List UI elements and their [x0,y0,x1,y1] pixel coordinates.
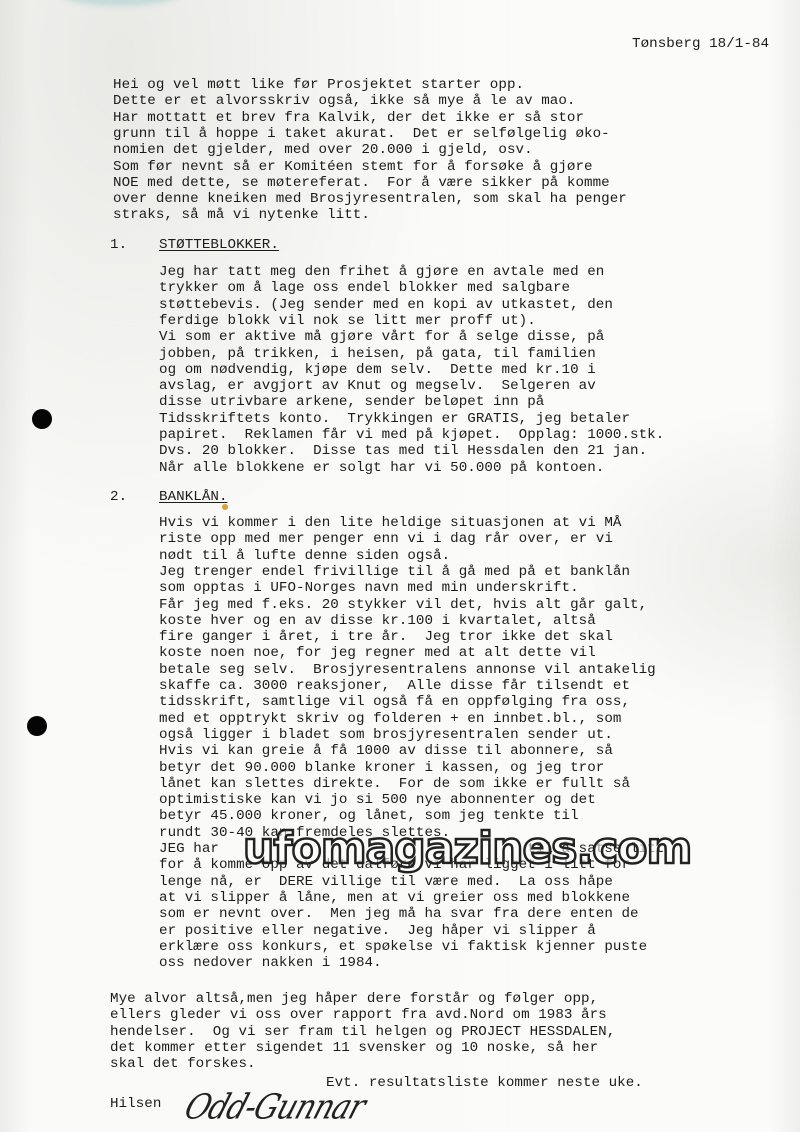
section-number: 2. [110,489,127,505]
section-line: Vi som er aktive må gjøre vårt for å sel… [159,329,604,345]
section-line: lenge nå, er DERE villige til være med. … [159,874,613,890]
section-line: også ligger i bladet som brosjyresentral… [159,727,613,743]
intro-line: nomien det gjelder, med over 20.000 i gj… [113,142,533,158]
closing-line: ellers gleder vi oss over rapport fra av… [110,1007,607,1023]
section-line: nødt til å lufte denne siden også. [159,548,450,564]
paper-smudge [60,0,180,6]
closing-line: hendelser. Og vi ser fram til helgen og … [110,1024,615,1040]
section-line: jobben, på trikken, i heisen, på gata, t… [159,346,596,362]
section-line: er positive eller negative. Jeg håper vi… [159,923,596,939]
section-heading: BANKLÅN. [159,489,228,505]
section-line: støttebevis. (Jeg sender med en kopi av … [159,297,613,313]
section-line: trykker om å lage oss endel blokker med … [159,280,570,296]
section-line: lånet kan slettes direkte. For de som ik… [159,776,630,792]
section-line: Tidsskriftets konto. Trykkingen er GRATI… [159,411,630,427]
section-line: erklære oss konkurs, et spøkelse vi fakt… [159,939,647,955]
closing-line: Mye alvor altså,men jeg håper dere forst… [110,991,598,1007]
section-line: avslag, er avgjort av Knut og megselv. S… [159,378,596,394]
intro-line: Dette er et alvorsskriv også, ikke så my… [113,93,575,109]
closing-line: det kommer etter sigendet 11 svensker og… [110,1040,598,1056]
section-line: at vi slipper å låne, men at vi greier o… [159,890,630,906]
section-line: tidsskrift, samtlige vil også få en oppf… [159,694,630,710]
intro-line: NOE med dette, se møtereferat. For å vær… [113,175,610,191]
section-line: Hvis vi kommer i den lite heldige situas… [159,515,621,531]
section-number: 1. [110,237,127,253]
postscript: Evt. resultatsliste kommer neste uke. [326,1075,643,1091]
section-line: Hvis vi kan greie å få 1000 av disse til… [159,743,613,759]
section-heading: STØTTEBLOKKER. [159,237,279,253]
greeting: Hilsen [110,1096,161,1112]
section-line: ferdige blokk vil nok se litt mer proff … [159,313,536,329]
intro-line: over denne kneiken med Brosjyresentralen… [113,191,627,207]
section-line: og om nødvendig, kjøpe dem selv. Dette m… [159,362,596,378]
watermark: ufomagazines.com [243,824,691,874]
section-line: Dvs. 20 blokker. Disse tas med til Hessd… [159,443,647,459]
section-line: riste opp med mer penger enn vi i dag rå… [159,531,613,547]
intro-line: Som før nevnt så er Komitéen stemt for å… [113,159,593,175]
section-line: som er nevnt over. Men jeg må ha svar fr… [159,906,639,922]
section-line: disse utrivbare arkene, sender beløpet i… [159,394,544,410]
section-line: koste noen noe, for jeg regner med at al… [159,645,596,661]
section-line: betale seg selv. Brosjyresentralens anno… [159,662,656,678]
section-line: fire ganger i året, i tre år. Jeg tror i… [159,629,613,645]
section-line: betyr det 90.000 blanke kroner i kassen,… [159,760,604,776]
closing-line: skal det forskes. [110,1056,256,1072]
punch-hole-icon [32,409,52,429]
section-line: optimistiske kan vi jo si 500 nye abonne… [159,792,596,808]
section-line: Når alle blokkene er solgt har vi 50.000… [159,460,604,476]
intro-line: straks, så må vi nytenke litt. [113,207,370,223]
intro-line: Hei og vel møtt like før Prosjektet star… [113,77,524,93]
section-line: skaffe ca. 3000 reaksjoner, Alle disse f… [159,678,630,694]
section-line: Får jeg med f.eks. 20 stykker vil det, h… [159,597,647,613]
date-line: Tønsberg 18/1-84 [632,36,769,52]
section-line: Jeg har tatt meg den frihet å gjøre en a… [159,264,604,280]
section-line: som opptas i UFO-Norges navn med min und… [159,580,579,596]
handwritten-signature: Odd-Gunnar [179,1087,369,1127]
intro-line: Har mottatt et brev fra Kalvik, der det … [113,110,584,126]
section-line: koste hver og en av disse kr.100 i kvart… [159,613,596,629]
section-line: Jeg trenger endel frivillige til å gå me… [159,564,630,580]
scanned-letter-page: Tønsberg 18/1-84 Hei og vel møtt like fø… [0,0,800,1132]
section-line: med et opptrykt skriv og folderen + en i… [159,711,621,727]
punch-hole-icon [27,716,47,736]
section-line: oss nedover nakken i 1984. [159,955,382,971]
intro-line: grunn til å hoppe i taket akurat. Det er… [113,126,610,142]
section-line: papiret. Reklamen får vi med på kjøpet. … [159,427,664,443]
